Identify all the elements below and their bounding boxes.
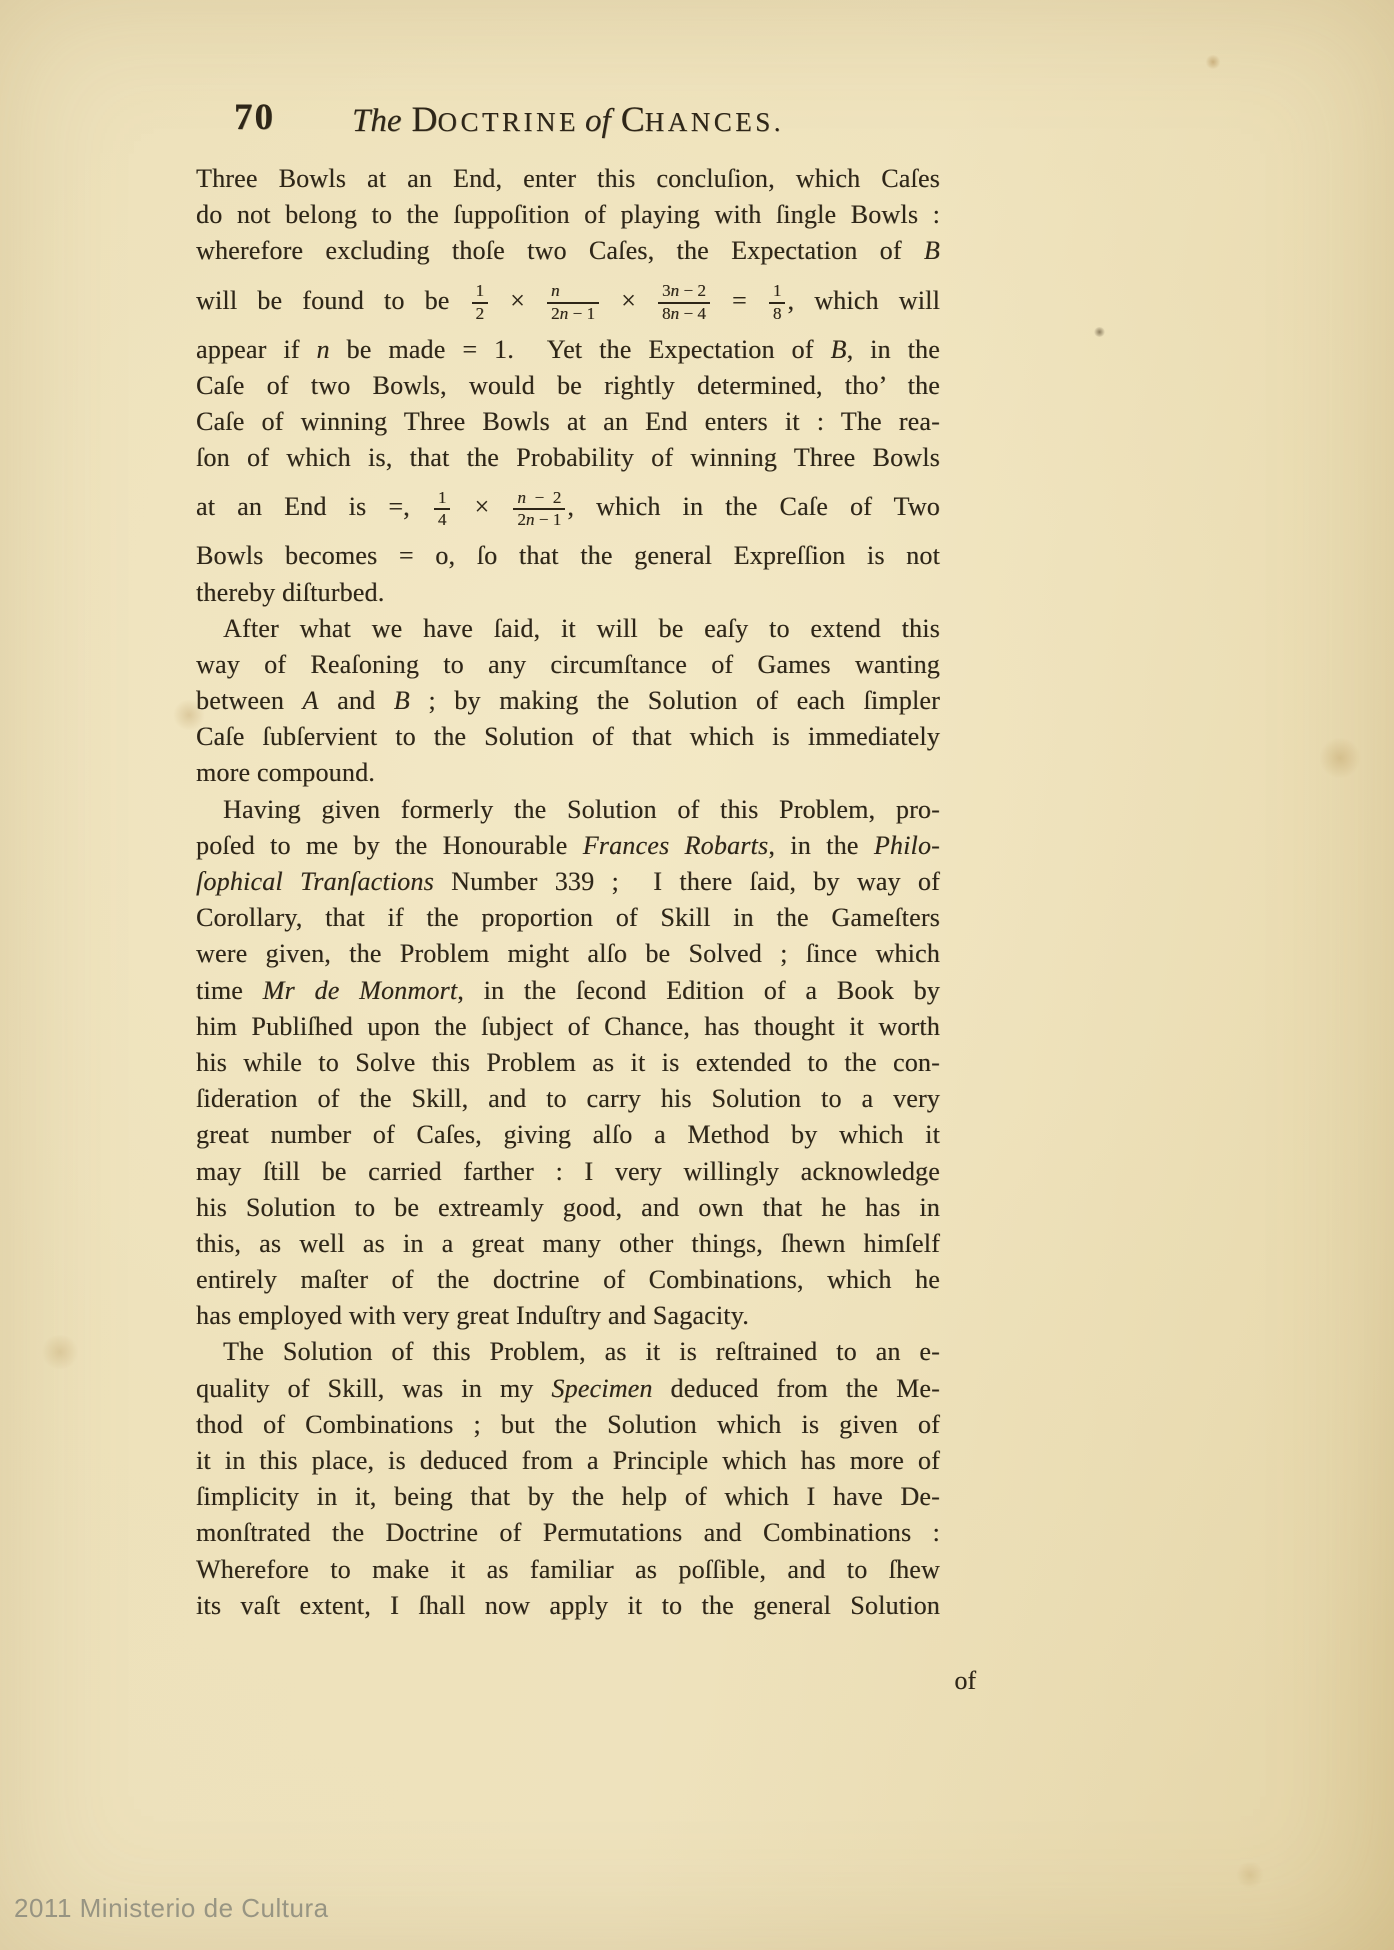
scanned-book-page: 70 TheDOCTRINEofCHANCES. Three Bowls at … — [0, 0, 1394, 1950]
text-span: ſon of which is, that the Probability of… — [196, 443, 940, 472]
text-line: more compound. — [196, 755, 940, 791]
text-span: , in the ſecond Edition of a Book by — [457, 976, 940, 1005]
text-line: at an End is =, 14 × n − 22n − 1, which … — [196, 476, 940, 538]
text-span: Caſe of two Bowls, would be rightly dete… — [196, 371, 940, 400]
body-text: Three Bowls at an End, enter this conclu… — [196, 161, 940, 1624]
italic-text: B — [924, 236, 940, 265]
text-span: between — [196, 686, 303, 715]
text-line: Caſe of winning Three Bowls at an End en… — [196, 404, 940, 440]
text-span: be made = 1. Yet the Expectation of — [330, 335, 831, 364]
paper-stain — [1094, 327, 1105, 337]
inline-fraction: n − 22n − 1 — [511, 489, 567, 530]
text-line: it in this place, is deduced from a Prin… — [196, 1443, 940, 1479]
paper-stain — [1205, 55, 1221, 69]
text-line: him Publiſhed upon the ſubject of Chance… — [196, 1009, 940, 1045]
italic-text: n — [316, 335, 329, 364]
catchword: of — [196, 1666, 976, 1696]
running-title-of: of — [585, 103, 611, 139]
text-span: more compound. — [196, 758, 375, 787]
italic-text: B — [830, 335, 846, 364]
text-line: ſideration of the Skill, and to carry hi… — [196, 1081, 940, 1117]
text-span: , which will — [787, 286, 940, 315]
inline-fraction: 18 — [767, 282, 788, 323]
text-span: monſtrated the Doctrine of Permutations … — [196, 1518, 940, 1547]
inline-fraction: n2n − 1 — [545, 282, 601, 323]
text-line: wherefore excluding thoſe two Caſes, the… — [196, 233, 940, 269]
text-span: and — [319, 686, 394, 715]
inline-fraction: 14 — [432, 489, 453, 530]
italic-text: B — [394, 686, 410, 715]
text-span: quality of Skill, was in my — [196, 1374, 551, 1403]
text-span: Caſe of winning Three Bowls at an End en… — [196, 407, 940, 436]
text-span: deduced from the Me- — [653, 1374, 940, 1403]
text-span: has employed with very great Induſtry an… — [196, 1301, 749, 1330]
text-line: Bowls becomes = o, ſo that the general E… — [196, 538, 940, 574]
text-span: way of Reaſoning to any circumſtance of … — [196, 650, 940, 679]
text-span: time — [196, 976, 263, 1005]
text-line: ſimplicity in it, being that by the help… — [196, 1479, 940, 1515]
running-title-the: The — [352, 103, 402, 139]
text-span: The Solution of this Problem, as it is r… — [223, 1337, 940, 1366]
text-span: , in the — [768, 831, 874, 860]
text-span: were given, the Problem might alſo be So… — [196, 939, 940, 968]
running-title-doctrine: OCTRINE — [438, 107, 580, 137]
text-span: his Solution to be extreamly good, and o… — [196, 1193, 940, 1222]
text-span: ; by making the Solution of each ſimpler — [410, 686, 940, 715]
paper-stain — [1235, 1862, 1265, 1888]
text-span: Having given formerly the Solution of th… — [223, 795, 940, 824]
watermark: 2011 Ministerio de Cultura — [14, 1893, 329, 1924]
text-line: Wherefore to make it as familiar as poſſ… — [196, 1552, 940, 1588]
inline-fraction: 12 — [470, 282, 491, 323]
text-line: The Solution of this Problem, as it is r… — [196, 1334, 940, 1370]
text-span: may ſtill be carried farther : I very wi… — [196, 1157, 940, 1186]
text-span: at an End is =, — [196, 492, 432, 521]
text-span: × — [452, 492, 511, 521]
text-span: him Publiſhed upon the ſubject of Chance… — [196, 1012, 940, 1041]
text-line: poſed to me by the Honourable Frances Ro… — [196, 828, 940, 864]
text-span: appear if — [196, 335, 316, 364]
text-line: great number of Caſes, giving alſo a Met… — [196, 1117, 940, 1153]
text-line: his Solution to be extreamly good, and o… — [196, 1190, 940, 1226]
italic-text: Frances Robarts — [583, 831, 769, 860]
text-span: Three Bowls at an End, enter this conclu… — [196, 164, 940, 193]
running-title-chances-initial: C — [621, 99, 645, 139]
text-span: Wherefore to make it as familiar as poſſ… — [196, 1555, 940, 1584]
text-span: entirely maſter of the doctrine of Combi… — [196, 1265, 940, 1294]
text-span: ſideration of the Skill, and to carry hi… — [196, 1084, 940, 1113]
text-line: Corollary, that if the proportion of Ski… — [196, 900, 940, 936]
text-line: ſon of which is, that the Probability of… — [196, 440, 940, 476]
text-line: between A and B ; by making the Solution… — [196, 683, 940, 719]
text-line: were given, the Problem might alſo be So… — [196, 936, 940, 972]
text-line: entirely maſter of the doctrine of Combi… — [196, 1262, 940, 1298]
text-line: quality of Skill, was in my Specimen ded… — [196, 1371, 940, 1407]
text-span: , which in the Caſe of Two — [567, 492, 940, 521]
text-span: = — [712, 286, 767, 315]
text-span: this, as well as in a great many other t… — [196, 1229, 940, 1258]
text-line: will be found to be 12 × n2n − 1 × 3n − … — [196, 270, 940, 332]
text-span: , in the — [847, 335, 940, 364]
text-line: Caſe ſubſervient to the Solution of that… — [196, 719, 940, 755]
running-title-chances: HANCES. — [645, 107, 784, 137]
text-line: thod of Combinations ; but the Solution … — [196, 1407, 940, 1443]
text-line: has employed with very great Induſtry an… — [196, 1298, 940, 1334]
italic-text: Philo- — [874, 831, 940, 860]
text-line: Caſe of two Bowls, would be rightly dete… — [196, 368, 940, 404]
text-span: thereby diſturbed. — [196, 578, 384, 607]
text-span: great number of Caſes, giving alſo a Met… — [196, 1120, 940, 1149]
text-line: his while to Solve this Problem as it is… — [196, 1045, 940, 1081]
text-line: its vaſt extent, I ſhall now apply it to… — [196, 1588, 940, 1624]
text-line: way of Reaſoning to any circumſtance of … — [196, 647, 940, 683]
text-line: may ſtill be carried farther : I very wi… — [196, 1154, 940, 1190]
text-span: will be found to be — [196, 286, 470, 315]
italic-text: Mr de Monmort — [263, 976, 458, 1005]
text-line: this, as well as in a great many other t… — [196, 1226, 940, 1262]
italic-text: ſophical Tranſactions — [196, 867, 434, 896]
italic-text: Specimen — [551, 1374, 652, 1403]
text-span: his while to Solve this Problem as it is… — [196, 1048, 940, 1077]
text-span: Corollary, that if the proportion of Ski… — [196, 903, 940, 932]
text-line: After what we have ſaid, it will be eaſy… — [196, 611, 940, 647]
paper-stain — [40, 1335, 80, 1369]
text-line: do not belong to the ſuppoſition of play… — [196, 197, 940, 233]
text-line: Having given formerly the Solution of th… — [196, 792, 940, 828]
text-span: Caſe ſubſervient to the Solution of that… — [196, 722, 940, 751]
text-span: wherefore excluding thoſe two Caſes, the… — [196, 236, 924, 265]
text-span: After what we have ſaid, it will be eaſy… — [223, 614, 940, 643]
running-title: TheDOCTRINEofCHANCES. — [150, 98, 986, 140]
text-span: thod of Combinations ; but the Solution … — [196, 1410, 940, 1439]
text-span: do not belong to the ſuppoſition of play… — [196, 200, 940, 229]
text-span: × — [601, 286, 656, 315]
italic-text: A — [303, 686, 319, 715]
text-line: thereby diſturbed. — [196, 575, 940, 611]
text-span: Bowls becomes = o, ſo that the general E… — [196, 541, 940, 570]
text-span: it in this place, is deduced from a Prin… — [196, 1446, 940, 1475]
text-span: Number 339 ; I there ſaid, by way of — [434, 867, 940, 896]
text-line: ſophical Tranſactions Number 339 ; I the… — [196, 864, 940, 900]
inline-fraction: 3n − 28n − 4 — [656, 282, 712, 323]
text-line: time Mr de Monmort, in the ſecond Editio… — [196, 973, 940, 1009]
paper-stain — [1318, 738, 1362, 778]
text-span: × — [490, 286, 545, 315]
text-span: poſed to me by the Honourable — [196, 831, 583, 860]
running-title-doctrine-initial: D — [412, 99, 438, 139]
text-span: ſimplicity in it, being that by the help… — [196, 1482, 940, 1511]
text-line: Three Bowls at an End, enter this conclu… — [196, 161, 940, 197]
text-span: its vaſt extent, I ſhall now apply it to… — [196, 1591, 940, 1620]
text-line: appear if n be made = 1. Yet the Expecta… — [196, 332, 940, 368]
text-line: monſtrated the Doctrine of Permutations … — [196, 1515, 940, 1551]
